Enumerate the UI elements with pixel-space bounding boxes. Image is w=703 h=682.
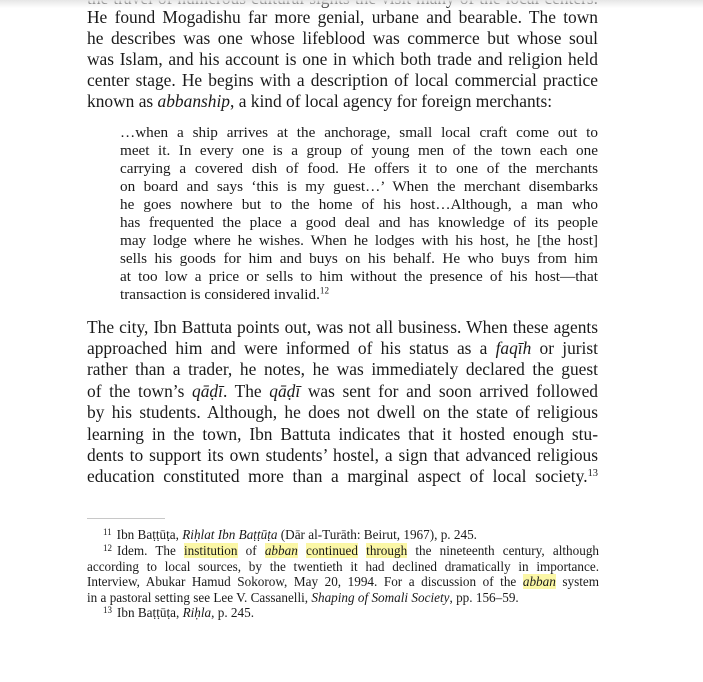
text-span: education constituted more than a margin… <box>87 466 588 486</box>
highlight[interactable]: continued <box>306 543 358 558</box>
text-span: system <box>556 574 599 589</box>
footnote-12: 12Idem. The institution of abban continu… <box>103 543 599 559</box>
text-span: (Dār al-Turāth: Beirut, 1967), p. 245. <box>277 527 477 542</box>
text-span: . The <box>223 381 269 401</box>
footnote-13: 13Ibn Baṭṭūṭa, Riḥla, p. 245. <box>103 605 599 621</box>
text-span: Idem. The <box>117 543 184 558</box>
text-span: Ibn Baṭṭūṭa, <box>117 605 183 620</box>
footnote-12-line: Interview, Abukar Hamud Sokorow, May 20,… <box>87 574 599 590</box>
text-span: , a kind of local agency for foreign mer… <box>230 91 552 111</box>
book-title: Shaping of Somali Society <box>311 590 449 605</box>
quote-line: sells his goods for him and buys on his … <box>120 250 598 268</box>
text-line: approached him and were informed of his … <box>87 338 598 359</box>
text-line: The city, Ibn Battuta points out, was no… <box>87 317 598 338</box>
quote-line: has frequented the place a good deal and… <box>120 214 598 232</box>
text-span: or jurist <box>531 338 598 358</box>
quote-line: may lodge where he wishes. When he lodge… <box>120 232 598 250</box>
text-line: He found Mogadishu far more genial, urba… <box>87 7 598 28</box>
term-faqih: faqīh <box>496 338 532 358</box>
footnote-mark: 12 <box>103 543 112 553</box>
text-span: the nineteenth century, although <box>407 543 599 558</box>
text-span: in a pastoral setting see Lee V. Cassane… <box>87 590 311 605</box>
text-span: Interview, Abukar Hamud Sokorow, May 20,… <box>87 574 523 589</box>
document-page: the travel of numerous cultural sights t… <box>0 0 703 682</box>
highlight[interactable]: abban <box>523 574 556 589</box>
term-qadi: qāḍī <box>192 381 223 401</box>
book-title: Riḥlat Ibn Baṭṭūṭa <box>182 527 277 542</box>
text-span: , pp. 156–59. <box>449 590 518 605</box>
footnote-ref-12[interactable]: 12 <box>320 286 329 296</box>
highlight[interactable]: through <box>366 543 407 558</box>
footnote-separator <box>87 518 165 519</box>
highlight[interactable]: abban <box>265 543 298 558</box>
quote-line: he goes nowhere but to the home of his h… <box>120 196 598 214</box>
text-span <box>298 543 306 558</box>
text-line: education constituted more than a margin… <box>87 466 598 487</box>
footnote-ref-13[interactable]: 13 <box>588 468 598 479</box>
text-line: known as abbanship, a kind of local agen… <box>87 91 598 112</box>
top-edge-shadow <box>0 0 703 8</box>
footnote-mark: 11 <box>103 527 112 537</box>
quote-line: carrying a covered dish of food. He offe… <box>120 160 598 178</box>
text-span: , p. 245. <box>211 605 254 620</box>
book-title: Riḥla <box>183 605 212 620</box>
footnote-12-line: in a pastoral setting see Lee V. Cassane… <box>87 590 599 606</box>
text-line: center stage. He begins with a descripti… <box>87 70 598 91</box>
text-span: of the town’s <box>87 381 192 401</box>
highlight[interactable]: institution <box>184 543 238 558</box>
quote-line: at too low a price or sells to him witho… <box>120 268 598 286</box>
text-span: of <box>238 543 265 558</box>
footnote-11: 11Ibn Baṭṭūṭa, Riḥlat Ibn Baṭṭūṭa (Dār a… <box>103 527 599 543</box>
text-line: by his students. Although, he does not d… <box>87 402 598 423</box>
text-span: Ibn Baṭṭūṭa, <box>117 527 183 542</box>
term-qadi: qāḍī <box>269 381 300 401</box>
text-span: was sent for and soon arrived followed <box>300 381 598 401</box>
text-span <box>358 543 366 558</box>
text-span: transaction is considered invalid. <box>120 286 320 303</box>
quote-line: …when a ship arrives at the anchorage, s… <box>120 124 598 142</box>
quote-line: transaction is considered invalid.12 <box>120 286 598 304</box>
text-line: he describes was one whose lifeblood was… <box>87 28 598 49</box>
text-span: known as <box>87 91 158 111</box>
footnote-mark: 13 <box>103 605 112 615</box>
text-span: approached him and were informed of his … <box>87 338 496 358</box>
text-line: was Islam, and his account is one in whi… <box>87 49 598 70</box>
text-line: of the town’s qāḍī. The qāḍī was sent fo… <box>87 381 598 402</box>
quote-line: on board and says ‘this is my guest…’ Wh… <box>120 178 598 196</box>
quote-line: meet it. In every one is a group of youn… <box>120 142 598 160</box>
text-line: learning in the town, Ibn Battuta indica… <box>87 424 598 445</box>
footnote-12-line: according to local sources, by the twent… <box>87 559 599 575</box>
text-line: dents to support its own students’ hoste… <box>87 445 598 466</box>
term-abbanship: abbanship <box>158 91 230 111</box>
text-line: rather than a trader, he notes, he was i… <box>87 359 598 380</box>
